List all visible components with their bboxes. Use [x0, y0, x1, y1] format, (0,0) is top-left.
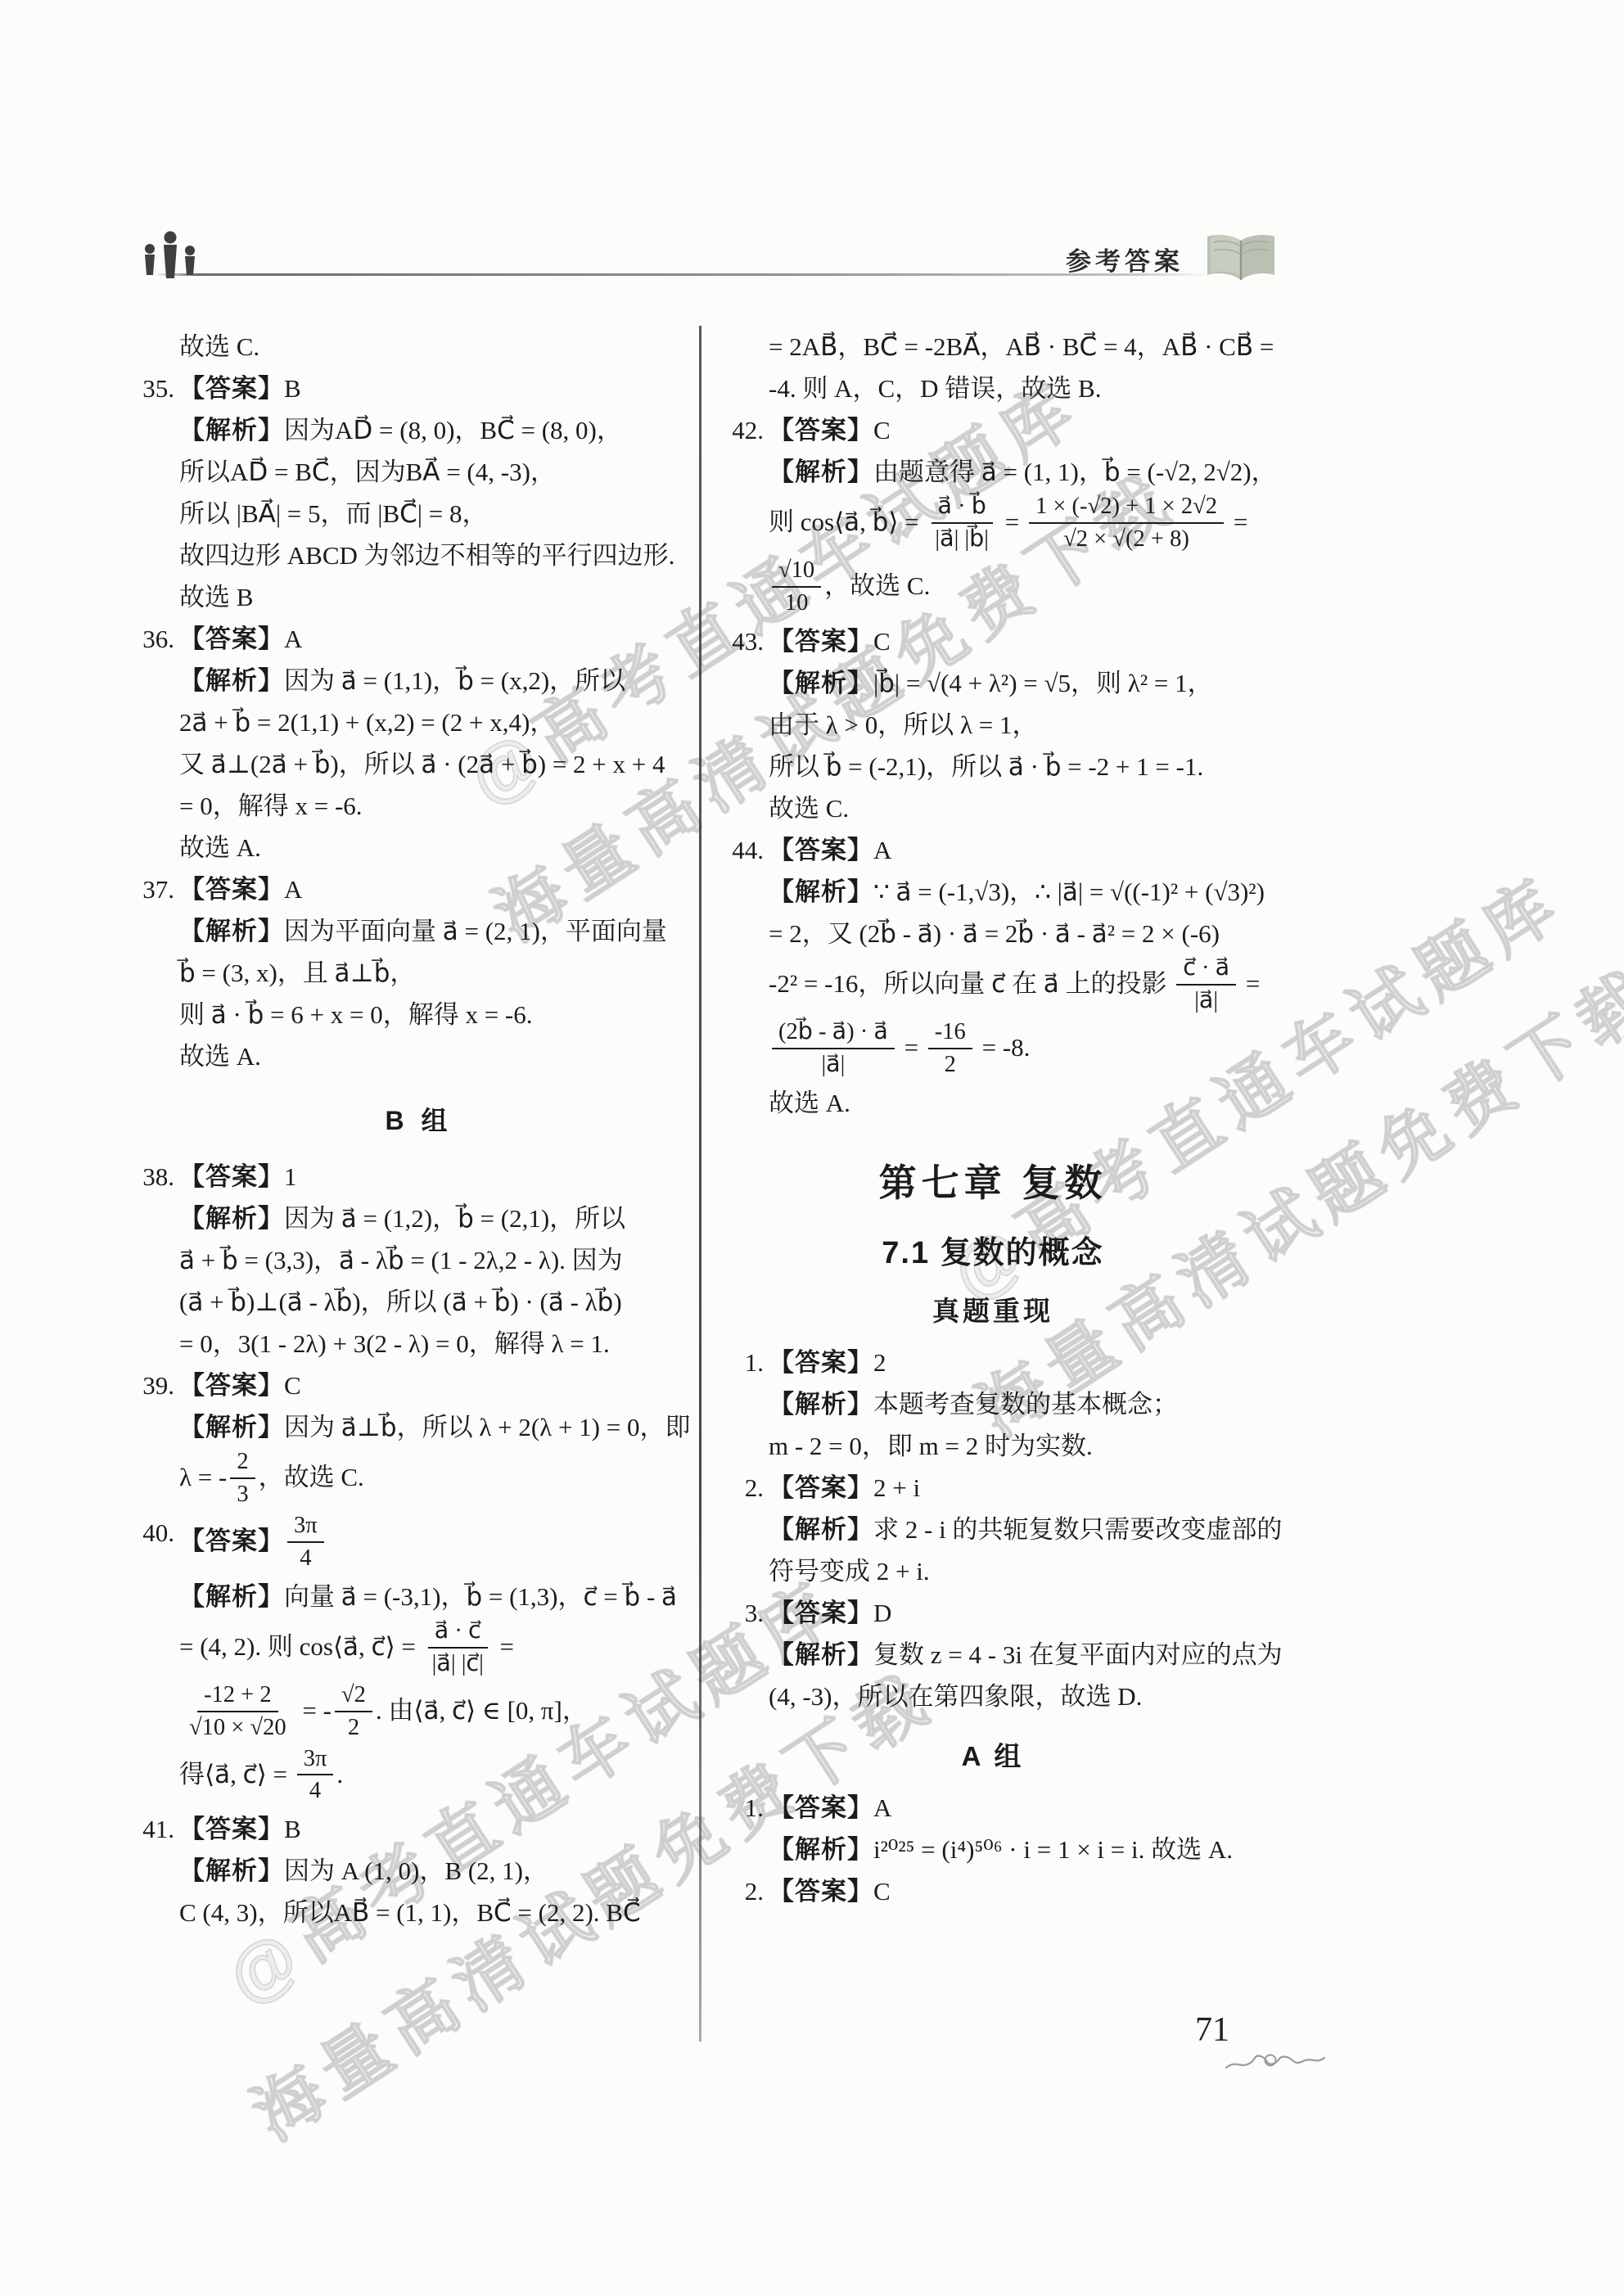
- answer-item: 1.【答案】A【解析】i²⁰²⁵ = (i⁴)⁵⁰⁶ · i = 1 × i =…: [723, 1787, 1355, 1870]
- item-number: 39.: [133, 1365, 179, 1406]
- answer-page: 参考答案 @高考直通车试题库海量高清试题免费下载@高考直通车试题库海量高清试题免…: [0, 0, 1624, 2296]
- fraction: c⃗ · a⃗|a⃗|: [1176, 954, 1236, 1015]
- text-line: √1010，故选 C.: [769, 557, 1355, 620]
- text-line: C (4, 3)，所以AB⃗ = (1, 1)，BC⃗ = (2, 2). BC…: [179, 1892, 704, 1933]
- bracket-label: 【解析】: [769, 1835, 873, 1864]
- text-line: = (4, 2). 则 cos⟨a⃗, c⃗⟩ = a⃗ · c⃗|a⃗| |c…: [179, 1617, 704, 1681]
- fraction: -12 + 2√10 × √20: [183, 1681, 293, 1742]
- text-line: (4, -3)，所以在第四象限，故选 D.: [769, 1676, 1355, 1717]
- item-number: 1.: [723, 1342, 769, 1383]
- text-line: 【解析】因为AD⃗ = (8, 0)，BC⃗ = (8, 0)，: [179, 409, 704, 451]
- answer-item: 44.【答案】A【解析】∵ a⃗ = (-1,√3)，∴ |a⃗| = √((-…: [723, 829, 1355, 1124]
- answer-item: 37.【答案】A【解析】因为平面向量 a⃗ = (2, 1)，平面向量b⃗ = …: [133, 868, 704, 1077]
- text-line: 【答案】2 + i: [769, 1467, 1355, 1509]
- bracket-label: 【解析】: [769, 669, 873, 697]
- text-line: = 0，解得 x = -6.: [179, 785, 704, 827]
- text-line: 【答案】B: [179, 368, 704, 409]
- answer-item: = 2AB⃗，BC⃗ = -2BA⃗，AB⃗ · BC⃗ = 4，AB⃗ · C…: [723, 326, 1355, 409]
- text-line: 2a⃗ + b⃗ = 2(1,1) + (x,2) = (2 + x,4)，: [179, 701, 704, 743]
- bracket-label: 【解析】: [769, 458, 873, 486]
- text-line: 【解析】因为 a⃗⊥b⃗，所以 λ + 2(λ + 1) = 0，即: [179, 1406, 704, 1448]
- bracket-label: 【答案】: [179, 374, 284, 403]
- text-line: 由于 λ > 0，所以 λ = 1，: [769, 704, 1355, 746]
- bracket-label: 【解析】: [769, 1390, 873, 1419]
- item-number: 1.: [723, 1787, 769, 1829]
- item-lines: 【答案】A【解析】i²⁰²⁵ = (i⁴)⁵⁰⁶ · i = 1 × i = i…: [769, 1787, 1355, 1870]
- group-heading: B 组: [133, 1100, 704, 1138]
- chapter-heading: 第七章 复数: [723, 1153, 1355, 1207]
- text-line: 【解析】向量 a⃗ = (-3,1)，b⃗ = (1,3)，c⃗ = b⃗ - …: [179, 1576, 704, 1617]
- item-lines: 【答案】A【解析】因为 a⃗ = (1,1)，b⃗ = (x,2)，所以2a⃗ …: [179, 618, 704, 868]
- answer-item: 38.【答案】1【解析】因为 a⃗ = (1,2)，b⃗ = (2,1)，所以a…: [133, 1156, 704, 1365]
- text-line: 【解析】复数 z = 4 - 3i 在复平面内对应的点为: [769, 1634, 1355, 1676]
- bracket-label: 【解析】: [179, 1582, 284, 1611]
- fraction: 23: [230, 1448, 255, 1509]
- text-line: 故选 A.: [179, 827, 704, 868]
- answer-item: 故选 C.: [133, 326, 704, 368]
- text-line: 【解析】求 2 - i 的共轭复数只需要改变虚部的: [769, 1509, 1355, 1550]
- item-lines: 【答案】C【解析】因为 a⃗⊥b⃗，所以 λ + 2(λ + 1) = 0，即λ…: [179, 1365, 704, 1512]
- text-line: λ = -23，故选 C.: [179, 1448, 704, 1512]
- text-line: a⃗ + b⃗ = (3,3)，a⃗ - λb⃗ = (1 - 2λ,2 - λ…: [179, 1239, 704, 1281]
- item-number: 35.: [133, 368, 179, 409]
- answer-item: 41.【答案】B【解析】因为 A (1, 0)，B (2, 1)，C (4, 3…: [133, 1808, 704, 1933]
- item-lines: 【答案】C【解析】由题意得 a⃗ = (1, 1)，b⃗ = (-√2, 2√2…: [769, 409, 1355, 620]
- bracket-label: 【答案】: [179, 1815, 284, 1843]
- open-book-icon: [1200, 232, 1282, 291]
- squiggle-ornament-icon: [1223, 2048, 1329, 2078]
- text-line: = 0，3(1 - 2λ) + 3(2 - λ) = 0，解得 λ = 1.: [179, 1323, 704, 1365]
- bracket-label: 【答案】: [769, 1599, 873, 1627]
- text-line: -2² = -16，所以向量 c⃗ 在 a⃗ 上的投影 c⃗ · a⃗|a⃗| …: [769, 954, 1355, 1018]
- text-line: 【答案】A: [179, 868, 704, 910]
- text-line: 【答案】C: [769, 409, 1355, 451]
- item-lines: 【答案】B【解析】因为 A (1, 0)，B (2, 1)，C (4, 3)，所…: [179, 1808, 704, 1933]
- item-number: 37.: [133, 868, 179, 910]
- text-line: 故选 B: [179, 576, 704, 618]
- text-line: -4. 则 A，C，D 错误，故选 B.: [769, 368, 1355, 409]
- text-line: 【答案】B: [179, 1808, 704, 1850]
- fraction: (2b⃗ - a⃗) · a⃗|a⃗|: [772, 1018, 895, 1079]
- subsection-heading: 真题重现: [723, 1290, 1355, 1328]
- answer-item: 2.【答案】C: [723, 1870, 1355, 1912]
- text-line: = 2AB⃗，BC⃗ = -2BA⃗，AB⃗ · BC⃗ = 4，AB⃗ · C…: [769, 326, 1355, 368]
- text-line: 【答案】C: [769, 1870, 1355, 1912]
- right-column: = 2AB⃗，BC⃗ = -2BA⃗，AB⃗ · BC⃗ = 4，AB⃗ · C…: [723, 326, 1355, 1912]
- text-line: -12 + 2√10 × √20 = -√22. 由⟨a⃗, c⃗⟩ ∈ [0,…: [179, 1681, 704, 1745]
- bracket-label: 【答案】: [179, 1527, 284, 1555]
- item-lines: 【答案】A【解析】因为平面向量 a⃗ = (2, 1)，平面向量b⃗ = (3,…: [179, 868, 704, 1077]
- item-number: 44.: [723, 829, 769, 871]
- text-line: 【解析】i²⁰²⁵ = (i⁴)⁵⁰⁶ · i = 1 × i = i. 故选 …: [769, 1829, 1355, 1870]
- bracket-label: 【解析】: [179, 1856, 284, 1885]
- answer-item: 35.【答案】B【解析】因为AD⃗ = (8, 0)，BC⃗ = (8, 0)，…: [133, 368, 704, 618]
- text-line: m - 2 = 0，即 m = 2 时为实数.: [769, 1425, 1355, 1467]
- bracket-label: 【答案】: [769, 416, 873, 444]
- text-line: 【答案】A: [179, 618, 704, 660]
- item-number: 2.: [723, 1467, 769, 1509]
- text-line: 【解析】由题意得 a⃗ = (1, 1)，b⃗ = (-√2, 2√2)，: [769, 451, 1355, 493]
- text-line: 故选 C.: [769, 787, 1355, 829]
- fraction: 3π4: [287, 1512, 324, 1572]
- item-lines: 【答案】B【解析】因为AD⃗ = (8, 0)，BC⃗ = (8, 0)，所以A…: [179, 368, 704, 618]
- text-line: 【解析】因为 a⃗ = (1,2)，b⃗ = (2,1)，所以: [179, 1198, 704, 1239]
- text-line: 【答案】C: [179, 1365, 704, 1406]
- bracket-label: 【答案】: [769, 1793, 873, 1822]
- section-heading: 7.1 复数的概念: [723, 1227, 1355, 1272]
- answer-item: 1.【答案】2【解析】本题考查复数的基本概念；m - 2 = 0，即 m = 2…: [723, 1342, 1355, 1467]
- text-line: 又 a⃗⊥(2a⃗ + b⃗)，所以 a⃗ · (2a⃗ + b⃗) = 2 +…: [179, 743, 704, 785]
- text-line: = 2，又 (2b⃗ - a⃗) · a⃗ = 2b⃗ · a⃗ - a⃗² =…: [769, 913, 1355, 954]
- header-rule: [154, 273, 1208, 276]
- item-number: 42.: [723, 409, 769, 451]
- fraction: a⃗ · c⃗|a⃗| |c⃗|: [426, 1617, 490, 1678]
- item-lines: 【答案】D【解析】复数 z = 4 - 3i 在复平面内对应的点为(4, -3)…: [769, 1592, 1355, 1717]
- bracket-label: 【解析】: [179, 917, 284, 945]
- fraction: √1010: [772, 557, 821, 617]
- subsection-heading: A 组: [723, 1735, 1355, 1774]
- text-line: 【答案】3π4: [179, 1512, 704, 1576]
- bracket-label: 【答案】: [179, 1162, 284, 1191]
- item-number: 2.: [723, 1870, 769, 1912]
- answer-item: 39.【答案】C【解析】因为 a⃗⊥b⃗，所以 λ + 2(λ + 1) = 0…: [133, 1365, 704, 1512]
- fraction: √22: [335, 1681, 372, 1742]
- left-column: 故选 C.35.【答案】B【解析】因为AD⃗ = (8, 0)，BC⃗ = (8…: [133, 326, 704, 1933]
- text-line: 【解析】因为 A (1, 0)，B (2, 1)，: [179, 1850, 704, 1892]
- item-lines: 【答案】C: [769, 1870, 1355, 1912]
- item-number: 43.: [723, 620, 769, 662]
- fraction: 1 × (-√2) + 1 × 2√2√2 × √(2 + 8): [1029, 493, 1224, 553]
- answer-item: 2.【答案】2 + i【解析】求 2 - i 的共轭复数只需要改变虚部的符号变成…: [723, 1467, 1355, 1592]
- item-lines: 【答案】3π4【解析】向量 a⃗ = (-3,1)，b⃗ = (1,3)，c⃗ …: [179, 1512, 704, 1809]
- item-lines: 【答案】2 + i【解析】求 2 - i 的共轭复数只需要改变虚部的符号变成 2…: [769, 1467, 1355, 1592]
- text-line: 故选 A.: [179, 1035, 704, 1077]
- text-line: (a⃗ + b⃗)⊥(a⃗ - λb⃗)，所以 (a⃗ + b⃗) · (a⃗ …: [179, 1281, 704, 1323]
- text-line: 【答案】A: [769, 829, 1355, 871]
- bracket-label: 【解析】: [769, 1640, 873, 1669]
- text-line: 【解析】因为 a⃗ = (1,1)，b⃗ = (x,2)，所以: [179, 660, 704, 701]
- text-line: 故四边形 ABCD 为邻边不相等的平行四边形.: [179, 535, 704, 576]
- item-number: 40.: [133, 1512, 179, 1554]
- bracket-label: 【解析】: [769, 877, 873, 906]
- bracket-label: 【答案】: [179, 875, 284, 904]
- fraction: a⃗ · b⃗|a⃗| |b⃗|: [928, 493, 995, 553]
- bracket-label: 【解析】: [769, 1515, 873, 1544]
- bracket-label: 【答案】: [769, 627, 873, 656]
- fraction: 3π4: [297, 1745, 334, 1806]
- page-title: 参考答案: [1066, 241, 1184, 277]
- text-line: 【解析】∵ a⃗ = (-1,√3)，∴ |a⃗| = √((-1)² + (√…: [769, 871, 1355, 913]
- text-line: 所以AD⃗ = BC⃗，因为BA⃗ = (4, -3)，: [179, 451, 704, 493]
- bracket-label: 【答案】: [769, 1348, 873, 1377]
- text-line: 【解析】本题考查复数的基本概念；: [769, 1383, 1355, 1425]
- text-line: (2b⃗ - a⃗) · a⃗|a⃗| = -162 = -8.: [769, 1018, 1355, 1082]
- bracket-label: 【解析】: [179, 1413, 284, 1441]
- bracket-label: 【答案】: [769, 836, 873, 864]
- item-lines: 【答案】2【解析】本题考查复数的基本概念；m - 2 = 0，即 m = 2 时…: [769, 1342, 1355, 1467]
- text-line: 符号变成 2 + i.: [769, 1550, 1355, 1592]
- bracket-label: 【答案】: [769, 1473, 873, 1502]
- answer-item: 36.【答案】A【解析】因为 a⃗ = (1,1)，b⃗ = (x,2)，所以2…: [133, 618, 704, 868]
- text-line: 所以 |BA⃗| = 5，而 |BC⃗| = 8，: [179, 493, 704, 535]
- people-silhouettes-icon: [138, 229, 203, 292]
- bracket-label: 【解析】: [179, 666, 284, 695]
- text-line: 所以 b⃗ = (-2,1)，所以 a⃗ · b⃗ = -2 + 1 = -1.: [769, 746, 1355, 787]
- fraction: -162: [928, 1018, 972, 1079]
- text-line: 【答案】A: [769, 1787, 1355, 1829]
- text-line: b⃗ = (3, x)，且 a⃗⊥b⃗，: [179, 952, 704, 994]
- item-number: 3.: [723, 1592, 769, 1634]
- item-number: 36.: [133, 618, 179, 660]
- answer-item: 40.【答案】3π4【解析】向量 a⃗ = (-3,1)，b⃗ = (1,3)，…: [133, 1512, 704, 1809]
- text-line: 【答案】D: [769, 1592, 1355, 1634]
- bracket-label: 【解析】: [179, 416, 284, 444]
- text-line: 则 a⃗ · b⃗ = 6 + x = 0，解得 x = -6.: [179, 994, 704, 1035]
- text-line: 【答案】1: [179, 1156, 704, 1198]
- text-line: 【答案】C: [769, 620, 1355, 662]
- item-lines: 故选 C.: [179, 326, 704, 368]
- item-number: 41.: [133, 1808, 179, 1850]
- bracket-label: 【答案】: [179, 1371, 284, 1400]
- bracket-label: 【解析】: [179, 1204, 284, 1233]
- item-lines: 【答案】A【解析】∵ a⃗ = (-1,√3)，∴ |a⃗| = √((-1)²…: [769, 829, 1355, 1124]
- text-line: 则 cos⟨a⃗, b⃗⟩ = a⃗ · b⃗|a⃗| |b⃗| = 1 × (…: [769, 493, 1355, 557]
- text-line: 故选 A.: [769, 1082, 1355, 1124]
- answer-item: 43.【答案】C【解析】|b⃗| = √(4 + λ²) = √5，则 λ² =…: [723, 620, 1355, 829]
- bracket-label: 【答案】: [179, 625, 284, 653]
- text-line: 【答案】2: [769, 1342, 1355, 1383]
- item-lines: = 2AB⃗，BC⃗ = -2BA⃗，AB⃗ · BC⃗ = 4，AB⃗ · C…: [769, 326, 1355, 409]
- answer-item: 42.【答案】C【解析】由题意得 a⃗ = (1, 1)，b⃗ = (-√2, …: [723, 409, 1355, 620]
- text-line: 故选 C.: [179, 326, 704, 368]
- item-lines: 【答案】C【解析】|b⃗| = √(4 + λ²) = √5，则 λ² = 1，…: [769, 620, 1355, 829]
- answer-item: 3.【答案】D【解析】复数 z = 4 - 3i 在复平面内对应的点为(4, -…: [723, 1592, 1355, 1717]
- text-line: 得⟨a⃗, c⃗⟩ = 3π4.: [179, 1745, 704, 1809]
- text-line: 【解析】因为平面向量 a⃗ = (2, 1)，平面向量: [179, 910, 704, 952]
- item-number: 38.: [133, 1156, 179, 1198]
- page-number: 71: [1195, 2010, 1229, 2050]
- bracket-label: 【答案】: [769, 1877, 873, 1906]
- text-line: 【解析】|b⃗| = √(4 + λ²) = √5，则 λ² = 1，: [769, 662, 1355, 704]
- item-lines: 【答案】1【解析】因为 a⃗ = (1,2)，b⃗ = (2,1)，所以a⃗ +…: [179, 1156, 704, 1365]
